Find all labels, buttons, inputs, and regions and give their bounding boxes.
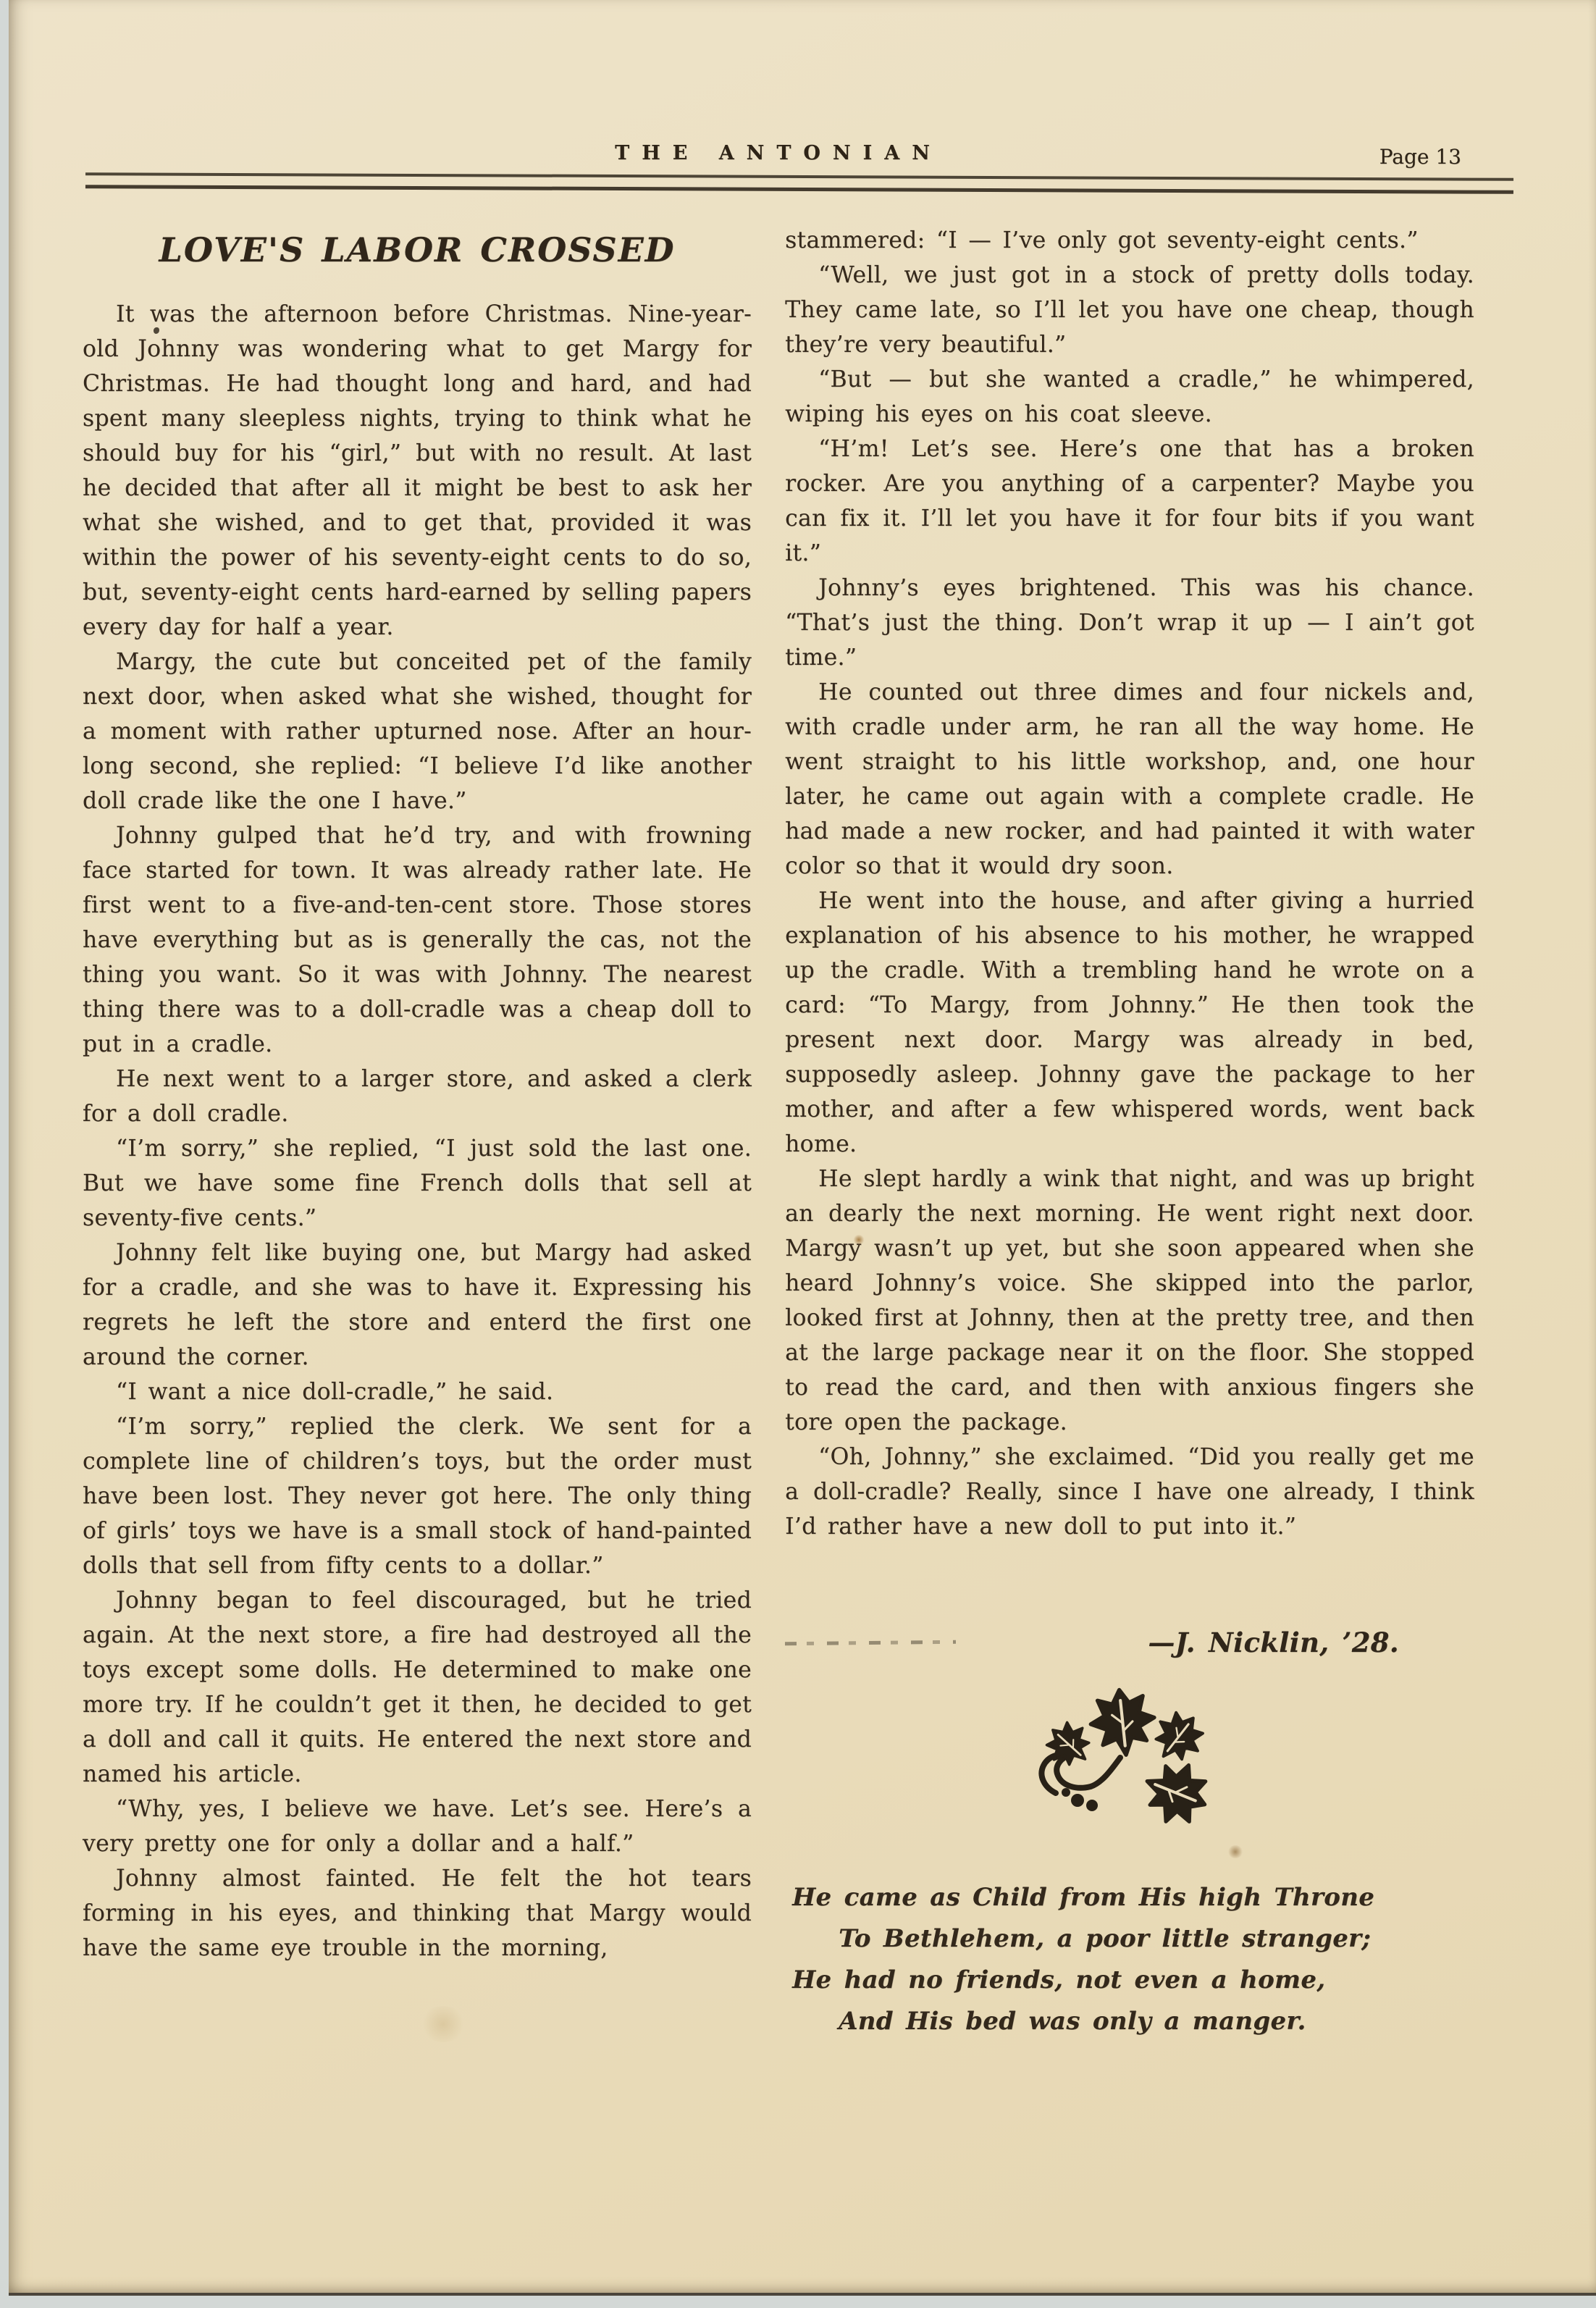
right-column: stammered: “I — I’ve only got seventy-ei… <box>785 223 1474 2042</box>
story-paragraph: Margy, the cute but conceited pet of the… <box>83 645 752 818</box>
author-signature: —J. Nicklin, ’28. <box>1148 1625 1399 1660</box>
poem-line: He came as Child from His high Throne <box>792 1877 1474 1918</box>
story-paragraph: Johnny almost fainted. He felt the hot t… <box>83 1861 752 1965</box>
left-column: LOVE'S LABOR CROSSED It was the afternoo… <box>83 223 752 2042</box>
poem-line: He had no friends, not even a home, <box>792 1960 1474 2001</box>
story-paragraph: Johnny’s eyes brightened. This was his c… <box>785 571 1474 675</box>
poem-line: To Bethlehem, a poor little stranger; <box>792 1918 1474 1960</box>
story-paragraph: Johnny began to feel discouraged, but he… <box>83 1583 752 1792</box>
article-columns: LOVE'S LABOR CROSSED It was the afternoo… <box>83 223 1474 2042</box>
scratched-line-artifact <box>785 1640 956 1645</box>
story-paragraph: He slept hardly a wink that night, and w… <box>785 1162 1474 1440</box>
poem-line: And His bed was only a manger. <box>792 2001 1474 2042</box>
publication-title: THE ANTONIAN <box>83 142 1474 164</box>
story-paragraph: “Oh, Johnny,” she exclaimed. “Did you re… <box>785 1440 1474 1544</box>
story-paragraph: “I want a nice doll-cradle,” he said. <box>83 1375 752 1409</box>
story-paragraph: Johnny felt like buying one, but Margy h… <box>83 1235 752 1375</box>
page-number: Page 13 <box>1379 145 1461 169</box>
signature-row: —J. Nicklin, ’28. <box>785 1625 1474 1660</box>
story-paragraph: It was the afternoon before Christmas. N… <box>83 297 752 645</box>
story-paragraph: He counted out three dimes and four nick… <box>785 675 1474 884</box>
story-paragraph: He went into the house, and after giving… <box>785 884 1474 1162</box>
story-paragraph: Johnny gulped that he’d try, and with fr… <box>83 818 752 1062</box>
story-paragraph: “I’m sorry,” she replied, “I just sold t… <box>83 1131 752 1235</box>
story-paragraph: “H’m! Let’s see. Here’s one that has a b… <box>785 432 1474 571</box>
story-paragraph: “I’m sorry,” replied the clerk. We sent … <box>83 1409 752 1583</box>
scanned-page: THE ANTONIAN Page 13 LOVE'S LABOR CROSSE… <box>0 0 1596 2308</box>
story-paragraph: “Well, we just got in a stock of pretty … <box>785 258 1474 362</box>
paper-sheet: THE ANTONIAN Page 13 LOVE'S LABOR CROSSE… <box>9 0 1596 2296</box>
article-title: LOVE'S LABOR CROSSED <box>83 229 752 271</box>
header-rule <box>85 172 1513 194</box>
story-paragraph: “But — but she wanted a cradle,” he whim… <box>785 362 1474 432</box>
story-paragraph: He next went to a larger store, and aske… <box>83 1062 752 1131</box>
poem: He came as Child from His high Throne To… <box>785 1877 1474 2042</box>
holly-sprig-icon <box>1014 1679 1246 1832</box>
story-paragraph: stammered: “I — I’ve only got seventy-ei… <box>785 223 1474 258</box>
story-paragraph: “Why, yes, I believe we have. Let’s see.… <box>83 1792 752 1861</box>
page-header: THE ANTONIAN Page 13 <box>83 142 1474 172</box>
